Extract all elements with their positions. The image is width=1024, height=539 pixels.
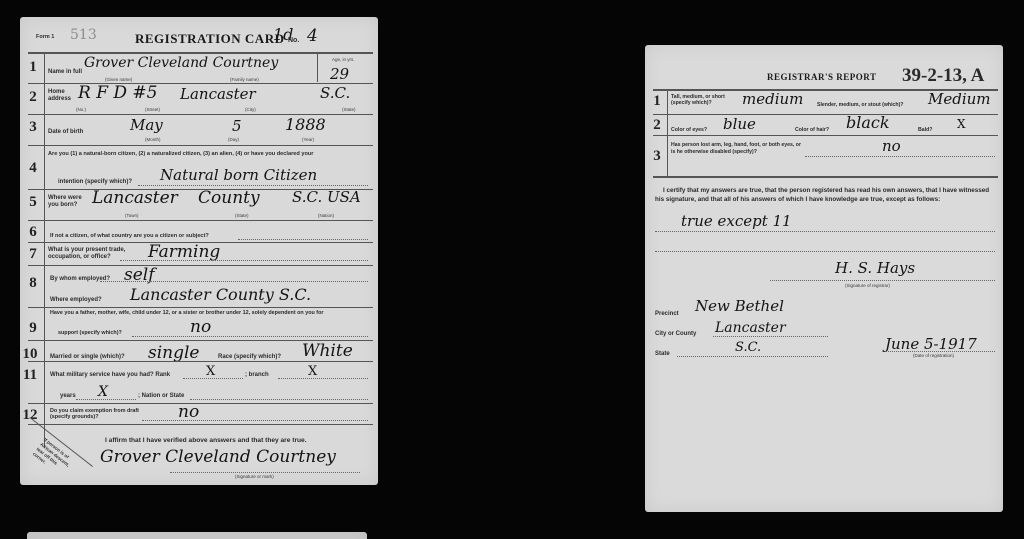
number-column-rule: [44, 53, 45, 448]
row-number-5: 5: [25, 194, 41, 211]
precinct-value: New Bethel: [695, 297, 784, 315]
exceptions-value: true except 11: [681, 212, 792, 230]
row-number-7: 7: [25, 246, 41, 263]
serial-number: 513: [70, 27, 97, 43]
employer-value: self: [124, 265, 155, 285]
divider: [28, 52, 373, 54]
eye-color-value: blue: [723, 115, 756, 133]
build-value: Medium: [928, 90, 991, 108]
bald-value: X: [957, 117, 966, 131]
military-branch-value: X: [308, 364, 317, 379]
age-value: 29: [330, 65, 349, 83]
row-number-1: 1: [25, 59, 41, 76]
registrars-report-card: REGISTRAR'S REPORT 39-2-13, A 1 Tall, me…: [645, 45, 1003, 512]
height-value: medium: [742, 90, 803, 108]
home-street-value: R F D #5: [78, 83, 158, 103]
card-number: 4: [307, 26, 318, 46]
row-number-8: 8: [25, 275, 41, 292]
birth-state-value: County: [198, 188, 260, 208]
exemption-value: no: [178, 402, 199, 422]
row-number-9: 9: [25, 320, 41, 337]
certification-text: I certify that my answers are true, that…: [655, 186, 997, 204]
birth-day-value: 5: [232, 117, 242, 135]
state-value: S.C.: [735, 340, 761, 355]
birth-town-value: Lancaster: [92, 188, 178, 208]
military-years-value: X: [98, 384, 108, 400]
report-title: REGISTRAR'S REPORT: [767, 72, 876, 82]
next-card-edge: [27, 532, 367, 539]
birth-year-value: 1888: [285, 115, 326, 134]
birth-nation-value: S.C. USA: [292, 188, 361, 206]
name-label: Name in full: [48, 69, 82, 75]
race-value: White: [302, 341, 353, 361]
row-number-11: 11: [22, 367, 38, 384]
registrant-signature: Grover Cleveland Courtney: [100, 447, 336, 467]
dependents-value: no: [190, 317, 211, 337]
card-title: REGISTRATION CARD: [135, 31, 284, 47]
hair-color-value: black: [846, 113, 890, 132]
military-rank-value: X: [206, 364, 215, 379]
county-value: Lancaster: [715, 320, 786, 336]
row-number-3: 3: [25, 119, 41, 136]
row-number-6: 6: [25, 224, 41, 241]
row-number-4: 4: [25, 160, 41, 177]
registrar-signature: H. S. Hays: [835, 259, 915, 277]
report-row-number-1: 1: [649, 93, 665, 110]
no-label: No.: [288, 37, 299, 44]
birth-month-value: May: [130, 116, 163, 134]
disability-value: no: [882, 137, 901, 155]
citizenship-value: Natural born Citizen: [160, 166, 317, 184]
report-row-number-2: 2: [649, 117, 665, 134]
home-city-value: Lancaster: [180, 85, 256, 103]
employment-place-value: Lancaster County S.C.: [130, 285, 311, 304]
occupation-value: Farming: [148, 242, 220, 262]
home-state-value: S.C.: [320, 84, 350, 102]
report-code: 39-2-13, A: [902, 65, 984, 87]
marital-status-value: single: [148, 343, 200, 363]
affirmation-text: I affirm that I have verified above answ…: [105, 436, 307, 445]
registration-card-front: Form 1 513 REGISTRATION CARD 1d No. 4 1 …: [20, 17, 378, 485]
form-label: Form 1: [36, 34, 54, 40]
full-name-value: Grover Cleveland Courtney: [84, 55, 278, 71]
report-row-number-3: 3: [649, 148, 665, 165]
row-number-2: 2: [25, 89, 41, 106]
